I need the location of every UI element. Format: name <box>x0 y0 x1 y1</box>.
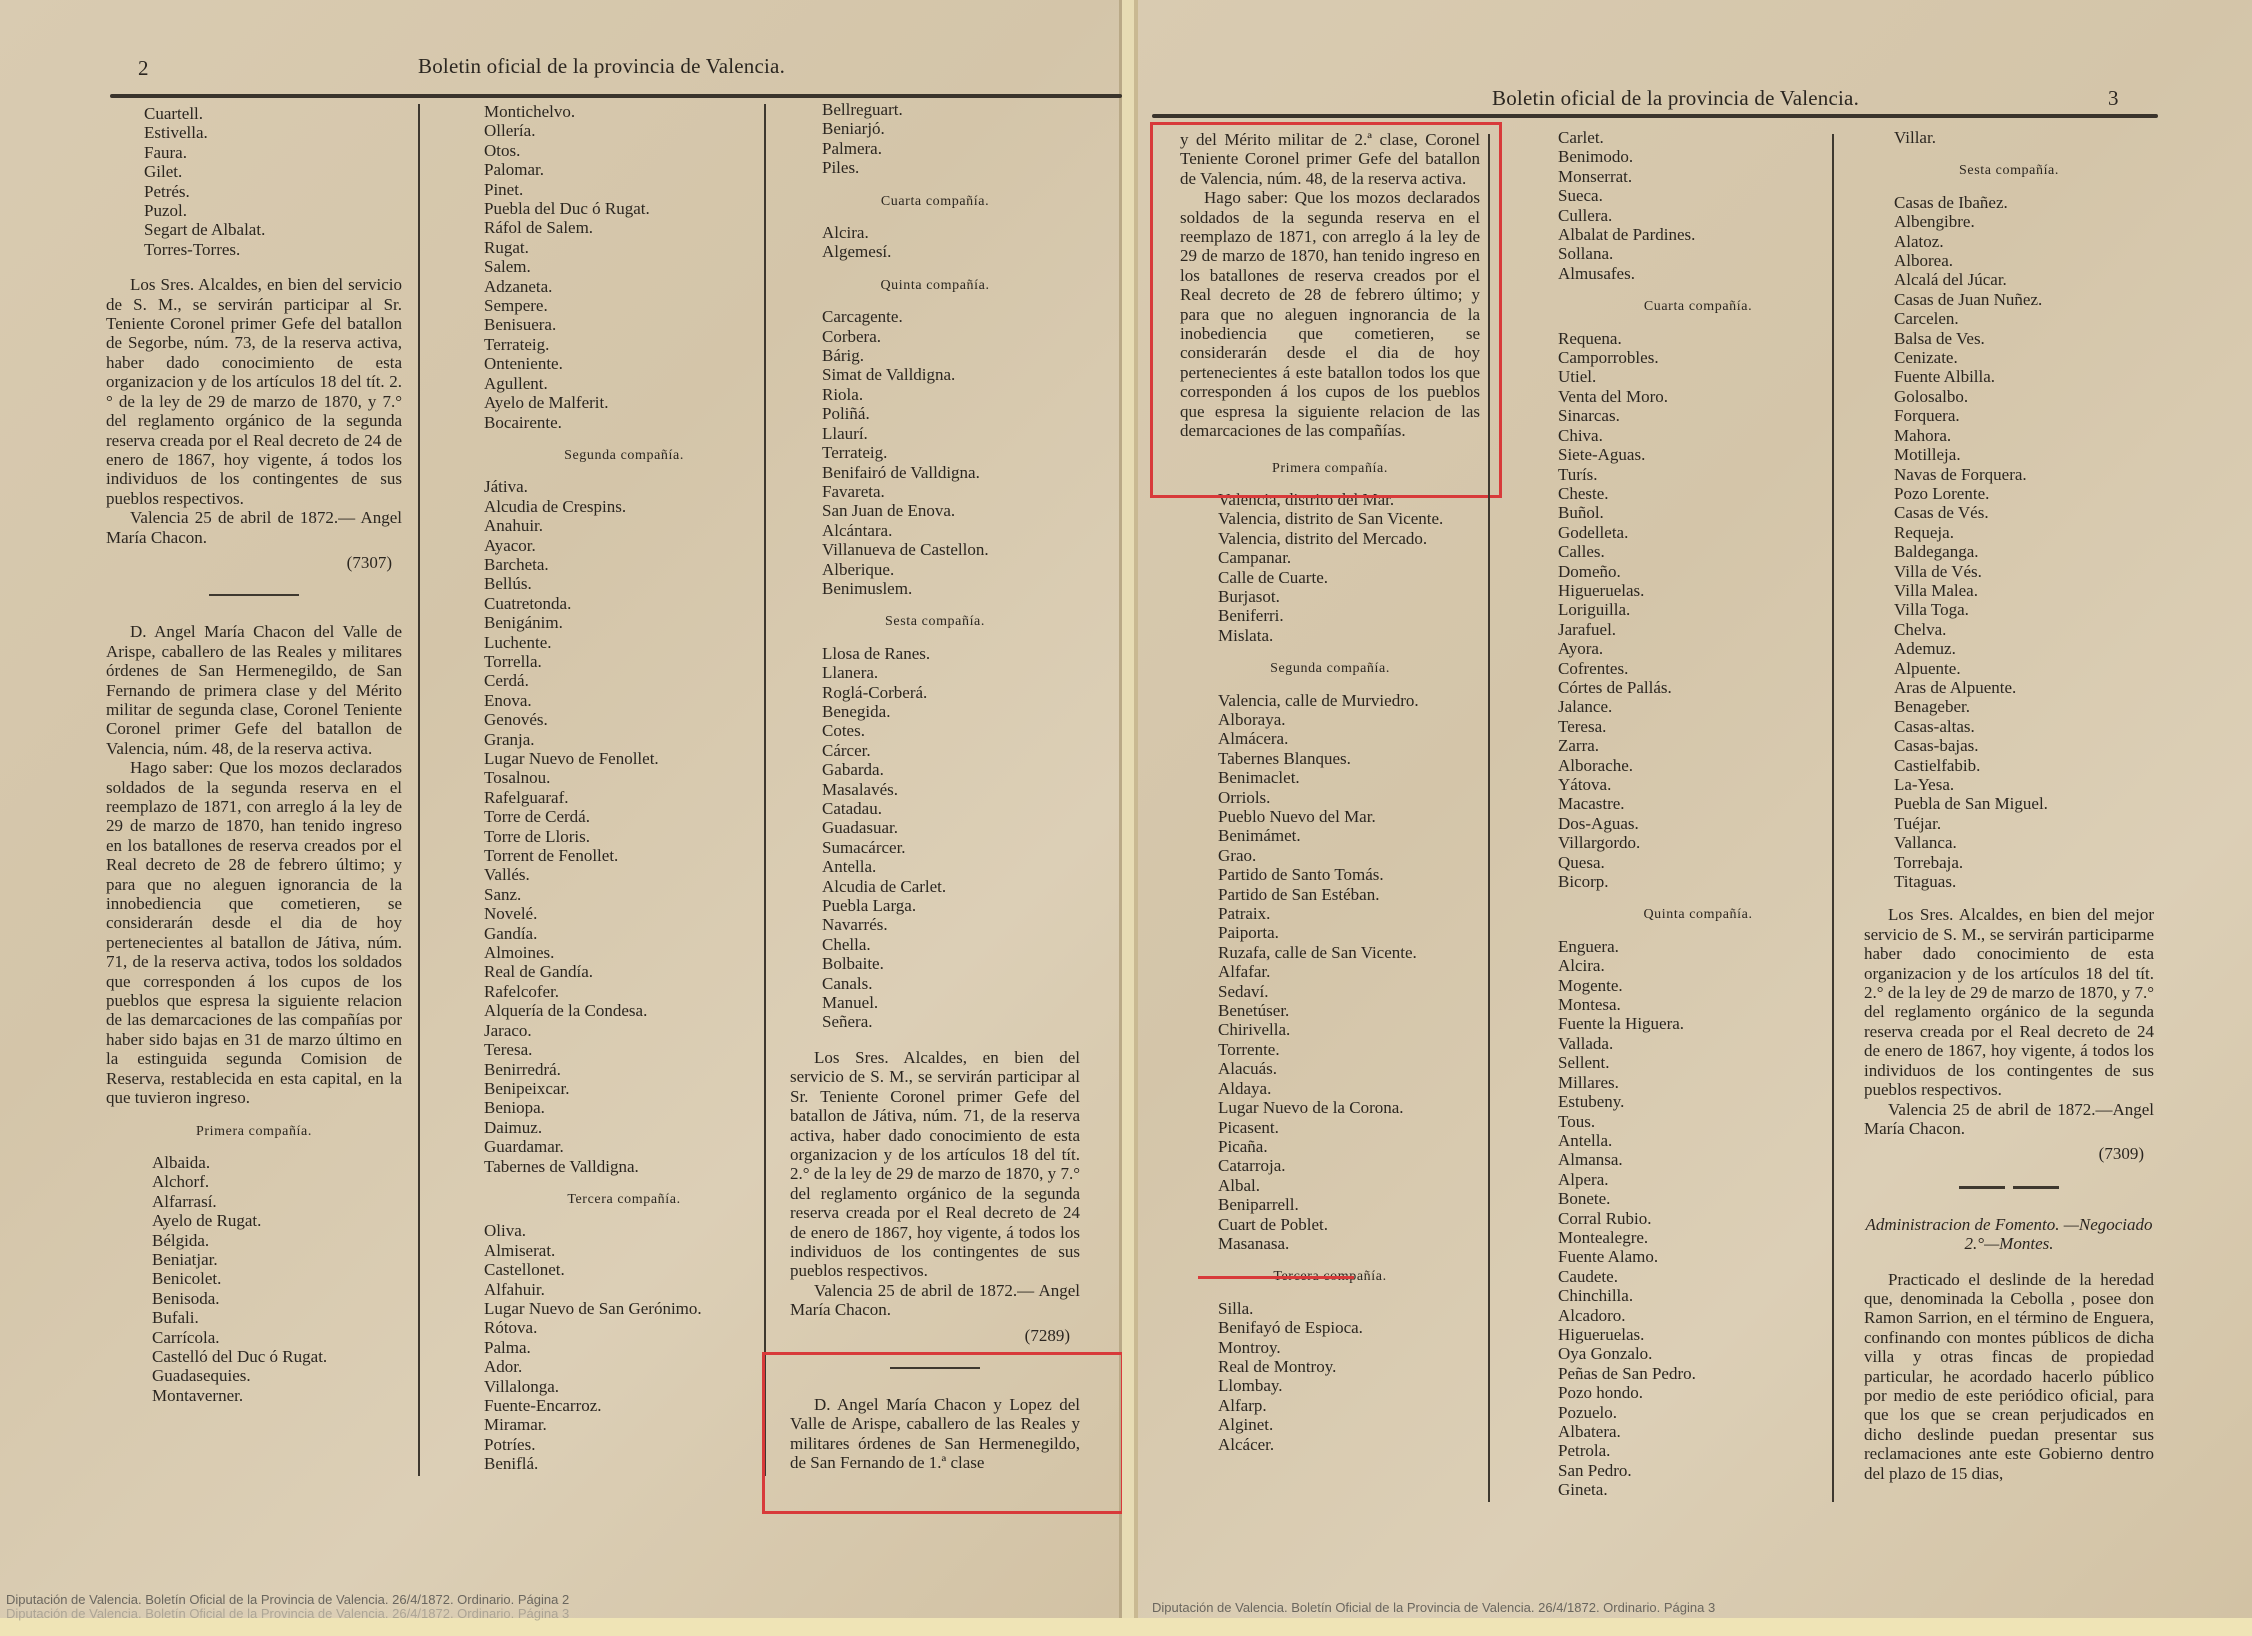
place-name: Llosa de Ranes. <box>822 644 1080 663</box>
right-col-2: Carlet.Benimodo.Monserrat.Sueca.Cullera.… <box>1558 128 1838 1500</box>
place-name: Benipeixcar. <box>484 1079 764 1098</box>
place-name: Valencia, distrito de San Vicente. <box>1218 509 1480 528</box>
place-name: Rótova. <box>484 1318 764 1337</box>
place-name: Benigánim. <box>484 613 764 632</box>
place-name: Salem. <box>484 257 764 276</box>
highlight-underline <box>1198 1276 1354 1279</box>
place-name: Gandía. <box>484 924 764 943</box>
place-name: Montroy. <box>1218 1338 1480 1357</box>
place-name: Albaida. <box>152 1153 402 1172</box>
place-name: Palmera. <box>822 139 1080 158</box>
place-name: Benimuslem. <box>822 579 1080 598</box>
page-gutter <box>1122 0 1134 1618</box>
place-name: Manuel. <box>822 993 1080 1012</box>
place-name: Pinet. <box>484 180 764 199</box>
place-list: Alcira.Algemesí. <box>790 223 1080 262</box>
place-name: Ráfol de Salem. <box>484 218 764 237</box>
place-name: Bicorp. <box>1558 872 1838 891</box>
highlight-box <box>1150 122 1502 498</box>
company-heading: Quinta compañía. <box>1558 905 1838 924</box>
place-name: Casas de Ibañez. <box>1894 193 2154 212</box>
place-name: Aras de Alpuente. <box>1894 678 2154 697</box>
place-name: Cuart de Poblet. <box>1218 1215 1480 1234</box>
place-name: Alfafar. <box>1218 962 1480 981</box>
place-name: Simat de Valldigna. <box>822 365 1080 384</box>
place-name: Partido de San Estéban. <box>1218 885 1480 904</box>
place-name: Casas-bajas. <box>1894 736 2154 755</box>
place-name: Favareta. <box>822 482 1080 501</box>
place-name: Faura. <box>144 143 402 162</box>
place-name: Chella. <box>822 935 1080 954</box>
header-rule <box>110 94 1122 98</box>
place-list: Silla.Benifayó de Espioca.Montroy.Real d… <box>1180 1299 1480 1454</box>
place-name: Villa Toga. <box>1894 600 2154 619</box>
place-name: Godelleta. <box>1558 523 1838 542</box>
section-body: Practicado el deslinde de la heredad que… <box>1864 1270 2154 1483</box>
place-name: Benageber. <box>1894 697 2154 716</box>
place-name: Almoines. <box>484 943 764 962</box>
place-name: Alquería de la Condesa. <box>484 1001 764 1020</box>
place-name: Canals. <box>822 974 1080 993</box>
place-name: Teresa. <box>1558 717 1838 736</box>
place-name: Otos. <box>484 141 764 160</box>
place-name: Alfahuir. <box>484 1280 764 1299</box>
place-name: Rafelcofer. <box>484 982 764 1001</box>
place-name: Teresa. <box>484 1040 764 1059</box>
place-name: Carrícola. <box>152 1328 402 1347</box>
place-name: Señera. <box>822 1012 1080 1031</box>
place-name: Aldaya. <box>1218 1079 1480 1098</box>
place-name: Bonete. <box>1558 1189 1838 1208</box>
place-name: Torrente. <box>1218 1040 1480 1059</box>
place-name: Yátova. <box>1558 775 1838 794</box>
company-heading: Segunda compañía. <box>484 446 764 465</box>
place-name: Fuente Alamo. <box>1558 1247 1838 1266</box>
column-divider <box>1832 134 1834 1502</box>
company-heading: Segunda compañía. <box>1180 659 1480 678</box>
place-name: Calle de Cuarte. <box>1218 568 1480 587</box>
place-name: Albengibre. <box>1894 212 2154 231</box>
page-number: 2 <box>138 56 149 81</box>
place-name: Palma. <box>484 1338 764 1357</box>
place-name: Chinchilla. <box>1558 1286 1838 1305</box>
place-name: Partido de Santo Tomás. <box>1218 865 1480 884</box>
company-heading: Sesta compañía. <box>790 612 1080 631</box>
place-name: La-Yesa. <box>1894 775 2154 794</box>
place-name: Petrola. <box>1558 1441 1838 1460</box>
place-list: Cuartell.Estivella.Faura.Gilet.Petrés.Pu… <box>106 104 402 259</box>
place-name: Agullent. <box>484 374 764 393</box>
place-name: Monserrat. <box>1558 167 1838 186</box>
separator-rule <box>1959 1186 2059 1189</box>
place-name: Millares. <box>1558 1073 1838 1092</box>
place-name: Real de Gandía. <box>484 962 764 981</box>
place-name: Calles. <box>1558 542 1838 561</box>
place-name: Requeja. <box>1894 523 2154 542</box>
place-name: Puebla del Duc ó Rugat. <box>484 199 764 218</box>
place-name: Macastre. <box>1558 794 1838 813</box>
place-list: Montichelvo.Ollería.Otos.Palomar.Pinet.P… <box>484 102 764 432</box>
place-name: Fuente-Encarroz. <box>484 1396 764 1415</box>
notice-paragraph: Los Sres. Alcaldes, en bien del servicio… <box>790 1048 1080 1281</box>
place-name: Ademuz. <box>1894 639 2154 658</box>
place-name: Cenizate. <box>1894 348 2154 367</box>
place-name: Estivella. <box>144 123 402 142</box>
place-name: Ruzafa, calle de San Vicente. <box>1218 943 1480 962</box>
column-divider <box>1488 134 1490 1502</box>
place-list: Valencia, distrito del Mar.Valencia, dis… <box>1180 490 1480 645</box>
place-name: Terrateig. <box>484 335 764 354</box>
place-name: Alcántara. <box>822 521 1080 540</box>
source-footer: Diputación de Valencia. Boletín Oficial … <box>6 1592 569 1607</box>
place-name: Bolbaite. <box>822 954 1080 973</box>
place-name: Anahuir. <box>484 516 764 535</box>
place-name: Navas de Forquera. <box>1894 465 2154 484</box>
place-name: Cofrentes. <box>1558 659 1838 678</box>
place-name: Alcalá del Júcar. <box>1894 270 2154 289</box>
place-name: Golosalbo. <box>1894 387 2154 406</box>
place-name: Valencia, calle de Murviedro. <box>1218 691 1480 710</box>
place-name: Torre de Lloris. <box>484 827 764 846</box>
place-name: Alchorf. <box>152 1172 402 1191</box>
place-name: Turís. <box>1558 465 1838 484</box>
place-name: Baldeganga. <box>1894 542 2154 561</box>
place-list: Albaida.Alchorf.Alfarrasí.Ayelo de Rugat… <box>106 1153 402 1405</box>
place-name: Mogente. <box>1558 976 1838 995</box>
place-name: Villa de Vés. <box>1894 562 2154 581</box>
place-name: Riola. <box>822 385 1080 404</box>
place-name: Camporrobles. <box>1558 348 1838 367</box>
place-name: Masanasa. <box>1218 1234 1480 1253</box>
place-name: Córtes de Pallás. <box>1558 678 1838 697</box>
place-name: Cuatretonda. <box>484 594 764 613</box>
place-name: Alborea. <box>1894 251 2154 270</box>
place-name: Alcudia de Crespins. <box>484 497 764 516</box>
place-name: Daimuz. <box>484 1118 764 1137</box>
place-name: Pozo Lorente. <box>1894 484 2154 503</box>
place-name: Cullera. <box>1558 206 1838 225</box>
place-name: Lugar Nuevo de Fenollet. <box>484 749 764 768</box>
place-name: Sueca. <box>1558 186 1838 205</box>
place-name: Carcelen. <box>1894 309 2154 328</box>
place-name: Pozuelo. <box>1558 1403 1838 1422</box>
notice-reference: (7289) <box>790 1326 1070 1345</box>
place-name: Silla. <box>1218 1299 1480 1318</box>
place-name: Alboraya. <box>1218 710 1480 729</box>
place-name: Oya Gonzalo. <box>1558 1344 1838 1363</box>
decree-intro: D. Angel María Chacon del Valle de Arisp… <box>106 622 402 758</box>
place-list: Bellreguart.Beniarjó.Palmera.Piles. <box>790 100 1080 178</box>
place-name: Alcácer. <box>1218 1435 1480 1454</box>
notice-reference: (7309) <box>1864 1144 2144 1163</box>
place-name: Oliva. <box>484 1221 764 1240</box>
place-name: Montichelvo. <box>484 102 764 121</box>
place-name: Forquera. <box>1894 406 2154 425</box>
place-name: Torres-Torres. <box>144 240 402 259</box>
place-name: Alcadoro. <box>1558 1306 1838 1325</box>
place-name: Torrebaja. <box>1894 853 2154 872</box>
place-name: Cerdá. <box>484 671 764 690</box>
place-name: Albalat de Pardines. <box>1558 225 1838 244</box>
place-name: Cotes. <box>822 721 1080 740</box>
left-col-1: Cuartell.Estivella.Faura.Gilet.Petrés.Pu… <box>106 104 402 1405</box>
place-name: Almusafes. <box>1558 264 1838 283</box>
place-name: Benifayó de Espioca. <box>1218 1318 1480 1337</box>
place-name: Alatoz. <box>1894 232 2154 251</box>
right-page: Boletin oficial de la provincia de Valen… <box>1134 0 2252 1618</box>
place-name: Lugar Nuevo de San Gerónimo. <box>484 1299 764 1318</box>
place-name: Terrateig. <box>822 443 1080 462</box>
place-name: Tabernes de Valldigna. <box>484 1157 764 1176</box>
place-name: Bufali. <box>152 1308 402 1327</box>
place-name: Cárcer. <box>822 741 1080 760</box>
place-name: Bellreguart. <box>822 100 1080 119</box>
notice-signature: Valencia 25 de abril de 1872.— Angel Mar… <box>106 508 402 547</box>
section-title: Administracion de Fomento. —Negociado 2.… <box>1864 1215 2154 1254</box>
place-name: Enova. <box>484 691 764 710</box>
place-name: Piles. <box>822 158 1080 177</box>
place-list: Llosa de Ranes.Llanera.Roglá-Corberá.Ben… <box>790 644 1080 1032</box>
place-name: Alberique. <box>822 560 1080 579</box>
place-name: Villar. <box>1894 128 2154 147</box>
place-name: Benifairó de Valldigna. <box>822 463 1080 482</box>
place-name: Ador. <box>484 1357 764 1376</box>
place-name: Bárig. <box>822 346 1080 365</box>
place-name: Peñas de San Pedro. <box>1558 1364 1838 1383</box>
place-name: Jaraco. <box>484 1021 764 1040</box>
place-name: Alcira. <box>1558 956 1838 975</box>
place-name: Corbera. <box>822 327 1080 346</box>
company-heading: Primera compañía. <box>106 1122 402 1141</box>
place-name: Ayelo de Malferit. <box>484 393 764 412</box>
place-list: Carcagente.Corbera.Bárig.Simat de Valldi… <box>790 307 1080 598</box>
notice-signature: Valencia 25 de abril de 1872.— Angel Mar… <box>790 1281 1080 1320</box>
place-name: Alpera. <box>1558 1170 1838 1189</box>
place-name: Petrés. <box>144 182 402 201</box>
place-name: Vallada. <box>1558 1034 1838 1053</box>
place-name: Picasent. <box>1218 1118 1480 1137</box>
place-name: Picaña. <box>1218 1137 1480 1156</box>
place-list: Enguera.Alcira.Mogente.Montesa.Fuente la… <box>1558 937 1838 1500</box>
place-name: Bellús. <box>484 574 764 593</box>
place-name: Lugar Nuevo de la Corona. <box>1218 1098 1480 1117</box>
place-name: Miramar. <box>484 1415 764 1434</box>
place-name: Real de Montroy. <box>1218 1357 1480 1376</box>
place-name: Sedaví. <box>1218 982 1480 1001</box>
place-name: Tosalnou. <box>484 768 764 787</box>
place-name: Sollana. <box>1558 244 1838 263</box>
place-name: Albatera. <box>1558 1422 1838 1441</box>
place-name: Balsa de Ves. <box>1894 329 2154 348</box>
place-name: Llaurí. <box>822 424 1080 443</box>
place-name: Puebla Larga. <box>822 896 1080 915</box>
place-name: Poliñá. <box>822 404 1080 423</box>
place-name: Alfarp. <box>1218 1396 1480 1415</box>
place-name: Ollería. <box>484 121 764 140</box>
place-name: Higueruelas. <box>1558 581 1838 600</box>
place-name: Montaverner. <box>152 1386 402 1405</box>
place-name: Alginet. <box>1218 1415 1480 1434</box>
place-name: Almiserat. <box>484 1241 764 1260</box>
place-name: Antella. <box>1558 1131 1838 1150</box>
company-heading: Tercera compañía. <box>484 1190 764 1209</box>
column-divider <box>764 104 766 1476</box>
place-list: Requena.Camporrobles.Utiel.Venta del Mor… <box>1558 329 1838 892</box>
place-name: Titaguas. <box>1894 872 2154 891</box>
page-header: Boletin oficial de la provincia de Valen… <box>418 54 785 79</box>
place-name: San Juan de Enova. <box>822 501 1080 520</box>
place-name: Onteniente. <box>484 354 764 373</box>
notice-reference: (7307) <box>106 553 392 572</box>
highlight-box <box>762 1352 1124 1514</box>
place-list: Valencia, calle de Murviedro.Alboraya.Al… <box>1180 691 1480 1254</box>
place-name: Ayacor. <box>484 536 764 555</box>
place-name: Puebla de San Miguel. <box>1894 794 2154 813</box>
notice-signature: Valencia 25 de abril de 1872.—Angel Marí… <box>1864 1100 2154 1139</box>
place-name: Loriguilla. <box>1558 600 1838 619</box>
place-name: Gineta. <box>1558 1480 1838 1499</box>
place-name: Potríes. <box>484 1435 764 1454</box>
place-name: Benisuera. <box>484 315 764 334</box>
place-name: Gilet. <box>144 162 402 181</box>
place-name: Beniopa. <box>484 1098 764 1117</box>
place-name: Bocairente. <box>484 413 764 432</box>
place-name: Sellent. <box>1558 1053 1838 1072</box>
place-name: Almácera. <box>1218 729 1480 748</box>
place-name: Benimaclet. <box>1218 768 1480 787</box>
place-name: Torrella. <box>484 652 764 671</box>
place-name: Motilleja. <box>1894 445 2154 464</box>
place-name: Montesa. <box>1558 995 1838 1014</box>
right-col-3: Villar. Sesta compañía. Casas de Ibañez.… <box>1864 128 2154 1483</box>
place-name: Torrent de Fenollet. <box>484 846 764 865</box>
place-name: Ayora. <box>1558 639 1838 658</box>
place-name: Estubeny. <box>1558 1092 1838 1111</box>
place-name: Casas de Juan Nuñez. <box>1894 290 2154 309</box>
place-name: Siete-Aguas. <box>1558 445 1838 464</box>
place-name: Granja. <box>484 730 764 749</box>
place-name: Pueblo Nuevo del Mar. <box>1218 807 1480 826</box>
place-name: Mahora. <box>1894 426 2154 445</box>
place-name: Grao. <box>1218 846 1480 865</box>
place-name: Benimámet. <box>1218 826 1480 845</box>
place-name: Rugat. <box>484 238 764 257</box>
place-name: Mislata. <box>1218 626 1480 645</box>
notice-paragraph: Los Sres. Alcaldes, en bien del servicio… <box>106 275 402 508</box>
place-name: Ayelo de Rugat. <box>152 1211 402 1230</box>
place-name: Sempere. <box>484 296 764 315</box>
place-name: Rafelguaraf. <box>484 788 764 807</box>
place-name: Fuente la Higuera. <box>1558 1014 1838 1033</box>
place-name: Castellonet. <box>484 1260 764 1279</box>
place-name: Requena. <box>1558 329 1838 348</box>
place-name: Vallés. <box>484 865 764 884</box>
left-page: 2 Boletin oficial de la provincia de Val… <box>0 0 1122 1618</box>
place-name: Chiva. <box>1558 426 1838 445</box>
place-list: Oliva.Almiserat.Castellonet.Alfahuir.Lug… <box>484 1221 764 1473</box>
place-name: Beniparrell. <box>1218 1195 1480 1214</box>
place-name: Sanz. <box>484 885 764 904</box>
place-name: Beniarjó. <box>822 119 1080 138</box>
place-name: Tuéjar. <box>1894 814 2154 833</box>
place-name: Antella. <box>822 857 1080 876</box>
place-name: Benirredrá. <box>484 1060 764 1079</box>
place-name: Enguera. <box>1558 937 1838 956</box>
place-name: Villa Malea. <box>1894 581 2154 600</box>
place-list: Carlet.Benimodo.Monserrat.Sueca.Cullera.… <box>1558 128 1838 283</box>
place-name: Fuente Albilla. <box>1894 367 2154 386</box>
place-name: Beniatjar. <box>152 1250 402 1269</box>
place-name: Barcheta. <box>484 555 764 574</box>
source-footer: Diputación de Valencia. Boletín Oficial … <box>1152 1600 1715 1615</box>
place-name: San Pedro. <box>1558 1461 1838 1480</box>
place-name: Alpuente. <box>1894 659 2154 678</box>
place-name: Torre de Cerdá. <box>484 807 764 826</box>
place-name: Quesa. <box>1558 853 1838 872</box>
place-name: Jalance. <box>1558 697 1838 716</box>
place-name: Vallanca. <box>1894 833 2154 852</box>
place-name: Palomar. <box>484 160 764 179</box>
company-heading: Sesta compañía. <box>1864 161 2154 180</box>
place-name: Guardamar. <box>484 1137 764 1156</box>
place-name: Carlet. <box>1558 128 1838 147</box>
place-name: Campanar. <box>1218 548 1480 567</box>
place-name: Caudete. <box>1558 1267 1838 1286</box>
company-heading: Quinta compañía. <box>790 276 1080 295</box>
place-name: Venta del Moro. <box>1558 387 1838 406</box>
place-name: Novelé. <box>484 904 764 923</box>
header-rule <box>1152 114 2158 118</box>
place-name: Albal. <box>1218 1176 1480 1195</box>
place-name: Zarra. <box>1558 736 1838 755</box>
place-name: Beniflá. <box>484 1454 764 1473</box>
place-name: Adzaneta. <box>484 277 764 296</box>
place-name: Almansa. <box>1558 1150 1838 1169</box>
place-name: Patraix. <box>1218 904 1480 923</box>
place-name: Gabarda. <box>822 760 1080 779</box>
place-list: Villar. <box>1864 128 2154 147</box>
place-name: Jarafuel. <box>1558 620 1838 639</box>
place-name: Benimodo. <box>1558 147 1838 166</box>
notice-paragraph: Los Sres. Alcaldes, en bien del mejor se… <box>1864 905 2154 1099</box>
company-heading: Cuarta compañía. <box>1558 297 1838 316</box>
place-name: Burjasot. <box>1218 587 1480 606</box>
left-col-3: Bellreguart.Beniarjó.Palmera.Piles. Cuar… <box>790 100 1080 1473</box>
place-name: Bélgida. <box>152 1231 402 1250</box>
place-name: Alborache. <box>1558 756 1838 775</box>
place-name: Carcagente. <box>822 307 1080 326</box>
place-name: Utiel. <box>1558 367 1838 386</box>
place-name: Higueruelas. <box>1558 1325 1838 1344</box>
place-name: Masalavés. <box>822 780 1080 799</box>
place-name: Roglá-Corberá. <box>822 683 1080 702</box>
place-name: Catarroja. <box>1218 1156 1480 1175</box>
place-name: Guadasequies. <box>152 1366 402 1385</box>
place-name: Casas-altas. <box>1894 717 2154 736</box>
place-name: Guadasuar. <box>822 818 1080 837</box>
place-name: Alacuás. <box>1218 1059 1480 1078</box>
place-name: Catadau. <box>822 799 1080 818</box>
place-name: Chelva. <box>1894 620 2154 639</box>
place-name: Alcira. <box>822 223 1080 242</box>
place-name: Llanera. <box>822 663 1080 682</box>
place-name: Beniferri. <box>1218 606 1480 625</box>
place-name: Castielfabib. <box>1894 756 2154 775</box>
place-name: Alcudia de Carlet. <box>822 877 1080 896</box>
place-name: Benicolet. <box>152 1269 402 1288</box>
decree-body: Hago saber: Que los mozos declarados sol… <box>106 758 402 1107</box>
place-name: Tous. <box>1558 1112 1838 1131</box>
